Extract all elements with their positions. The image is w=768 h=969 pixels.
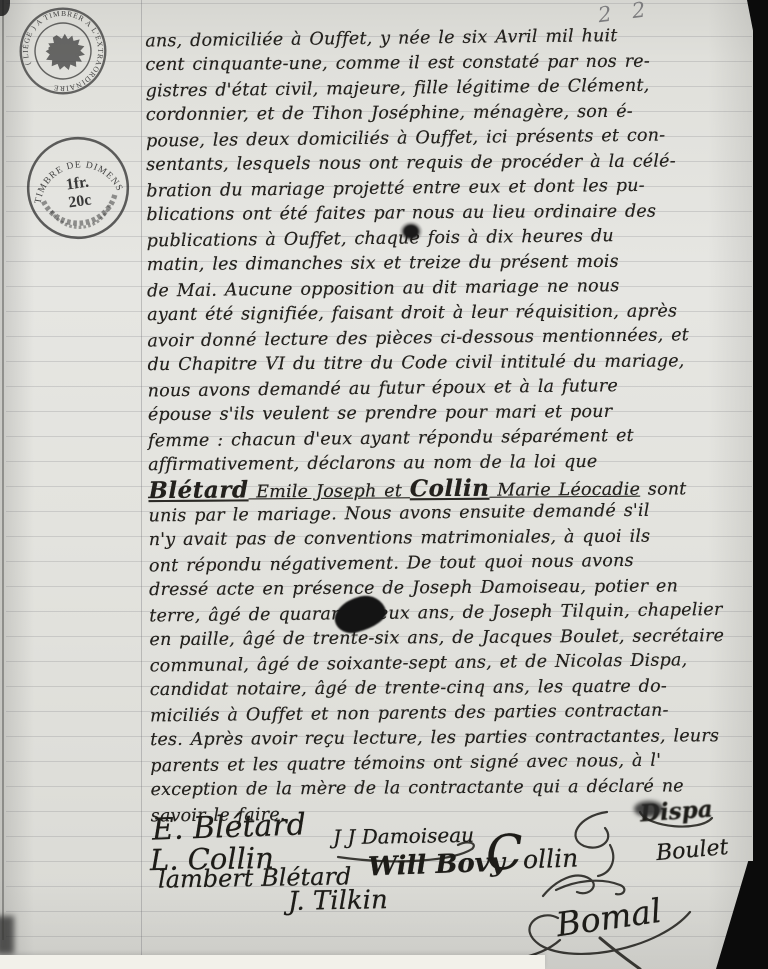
groom-given-names: Emile Joseph et — [248, 481, 409, 502]
scan-corner-mark — [0, 0, 10, 16]
groom-surname: Blétard — [148, 476, 248, 504]
bride-surname: Collin — [410, 475, 490, 503]
ink-smudge — [634, 801, 664, 817]
stamp-timbre-dimension: TIMBRE DE DIMENSION 1fr. 20c — [18, 128, 138, 248]
signature-boulet: Boulet — [655, 835, 729, 866]
signature-bomal: Bomal — [554, 891, 664, 944]
stamp-timbre-extraordinaire: ( LIÉGE ) A TIMBRER A L'EXTRAORDINAIRE — [4, 0, 121, 110]
document-body-text: ans, domiciliée à Ouffet, y née le six A… — [145, 24, 757, 828]
page-left-edge-shadow — [2, 0, 4, 940]
scan-black-corner-bottom — [716, 861, 768, 969]
ink-blot — [399, 221, 423, 242]
bride-given-names: Marie Léocadie — [489, 480, 640, 501]
document-lines-bottom: unis par le mariage. Nous avons ensuite … — [149, 499, 757, 828]
signature-bovy: Will Bovy — [368, 848, 506, 883]
signature-tilkin: J. Tilkin — [288, 885, 388, 917]
document-lines-top: ans, domiciliée à Ouffet, y née le six A… — [145, 24, 754, 478]
scanned-marriage-register-page: ( LIÉGE ) A TIMBRER A L'EXTRAORDINAIRE T… — [0, 0, 768, 969]
signature-damoiseau: J J Damoiseau — [333, 823, 474, 849]
margin-rule-line — [141, 0, 142, 965]
line-tail: sont — [640, 479, 687, 499]
stamp-value-centimes: 20c — [67, 191, 92, 211]
stamp-value-francs: 1fr. — [65, 174, 90, 194]
scan-black-edge — [753, 0, 768, 969]
belgian-lion-icon — [39, 27, 90, 76]
scanner-background-strip — [0, 955, 545, 969]
